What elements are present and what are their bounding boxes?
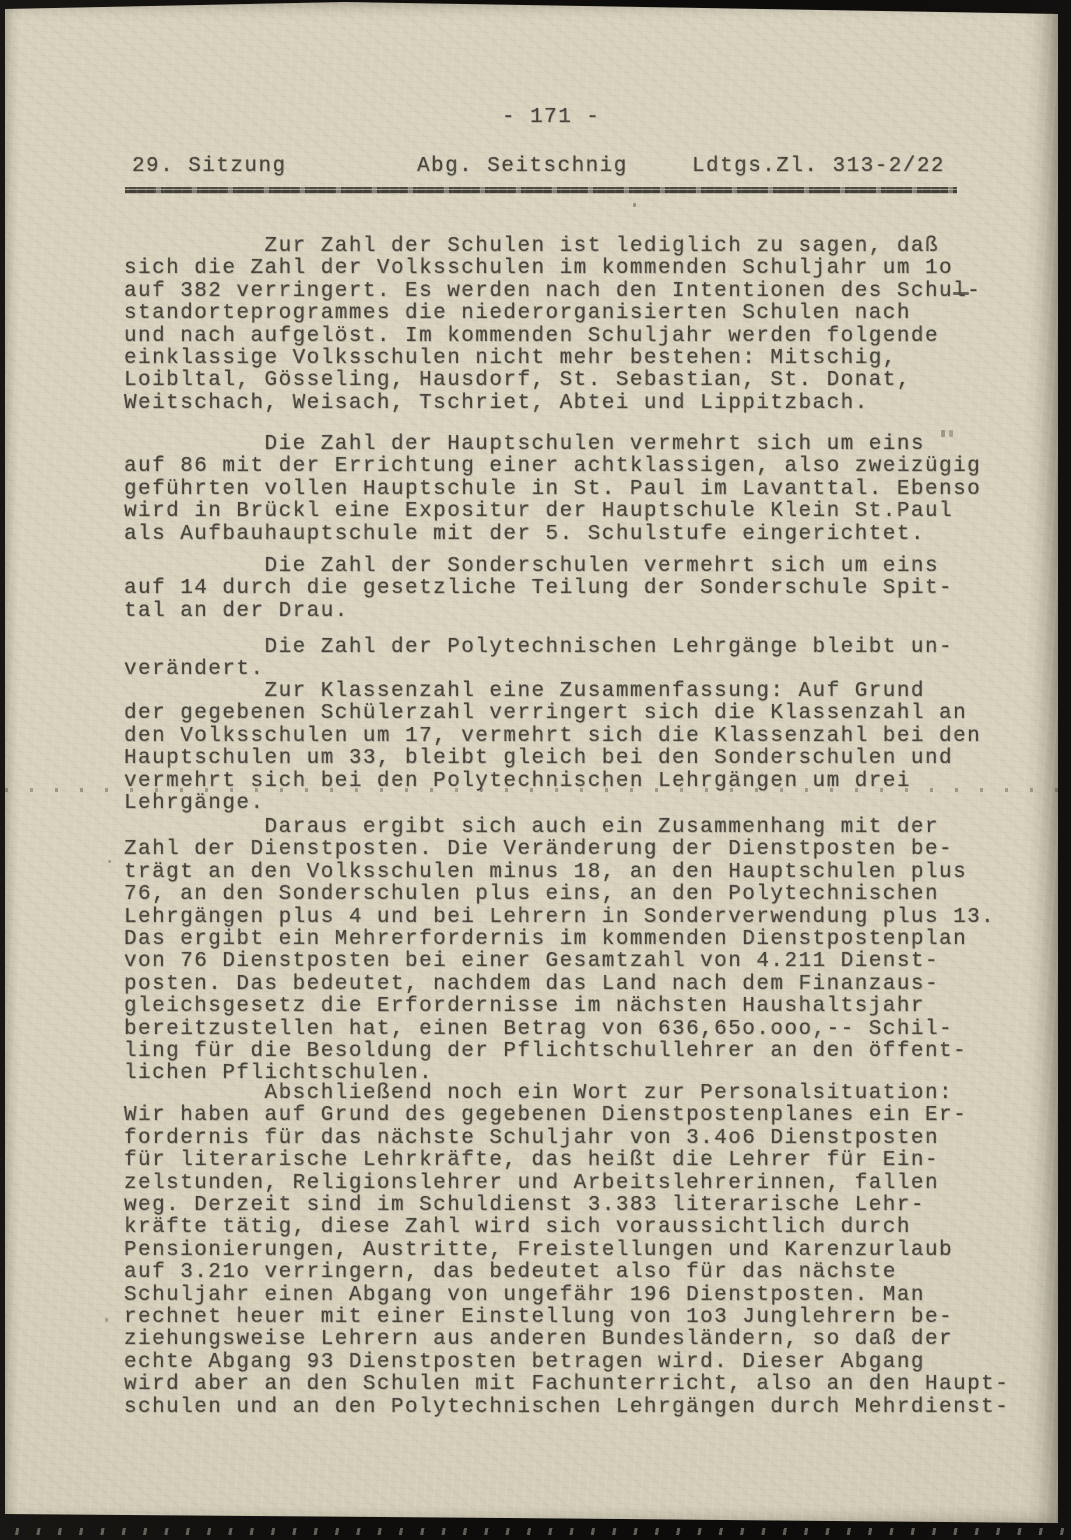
page-number: - 171 -: [502, 107, 600, 129]
paragraph-polytechnische-lehrgaenge: Die Zahl der Polytechnischen Lehrgänge b…: [124, 637, 953, 682]
paragraph-hauptschulen: Die Zahl der Hauptschulen vermehrt sich …: [124, 434, 981, 546]
scan-artifact-speck: [633, 203, 636, 207]
paragraph-klassenzahl: Zur Klassenzahl eine Zusammenfassung: Au…: [124, 681, 981, 815]
paragraph-personalsituation: Abschließend noch ein Wort zur Personals…: [124, 1083, 1009, 1419]
scan-artifact-speck: [953, 292, 969, 295]
paragraph-sonderschulen: Die Zahl der Sonderschulen vermehrt sich…: [124, 556, 953, 623]
scan-artifact-speck: [949, 430, 953, 437]
session-number: 29. Sitzung: [132, 156, 287, 178]
scan-artifact-speck: [941, 430, 945, 437]
scan-artifact-speck: [105, 1318, 108, 1322]
film-edge-marks: [0, 1528, 1071, 1535]
header-rule: [125, 187, 957, 194]
document-page: - 171 - 29. Sitzung Abg. Seitschnig Ldtg…: [5, 0, 1058, 1527]
paragraph-schulen: Zur Zahl der Schulen ist lediglich zu sa…: [124, 236, 981, 415]
scanned-document-screenshot: { "page": { "page_number": "- 171 -", "h…: [0, 0, 1071, 1540]
paragraph-dienstposten: Daraus ergibt sich auch ein Zusammenhang…: [124, 817, 995, 1086]
scan-artifact-dotted-row: [5, 788, 1058, 792]
document-reference: Ldtgs.Zl. 313-2/22: [692, 156, 945, 178]
scan-artifact-speck: [108, 860, 111, 863]
speaker-name: Abg. Seitschnig: [417, 156, 628, 178]
